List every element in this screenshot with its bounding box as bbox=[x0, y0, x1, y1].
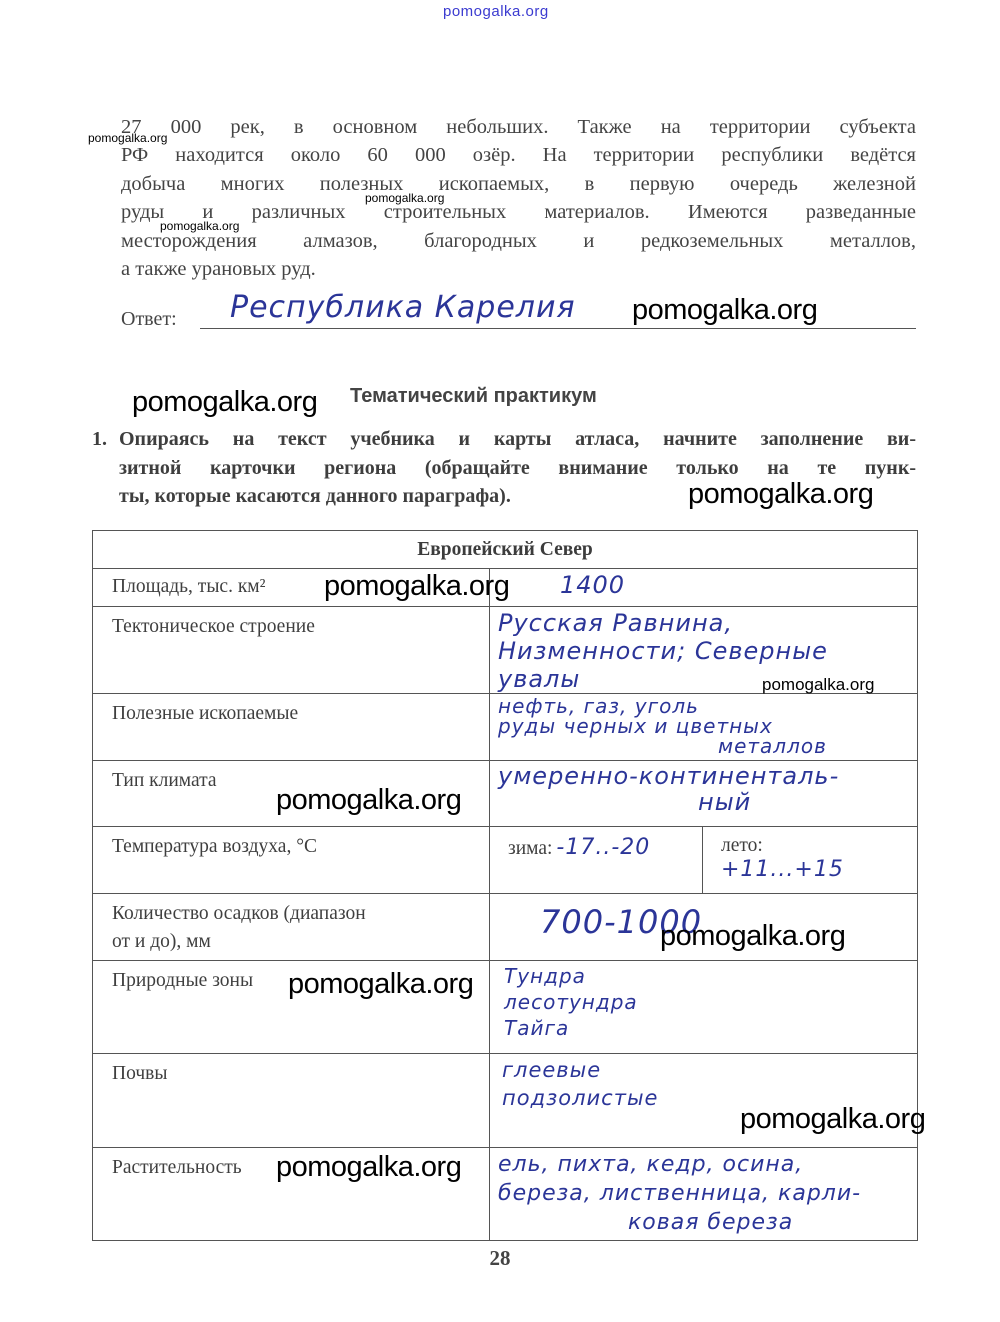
watermark: pomogalka.org bbox=[632, 296, 817, 325]
answer-line bbox=[200, 328, 916, 329]
row-label-precipitation: Количество осадков (диапазон от и до), м… bbox=[93, 894, 489, 956]
paragraph-line: 27 000 рек, в основном небольших. Также … bbox=[121, 113, 916, 141]
row-value-minerals[interactable]: нефть, газ, уголь руды черных и цветных … bbox=[490, 694, 917, 756]
value-line: Русская Равнина, bbox=[498, 609, 917, 637]
table-row: Тип климата умеренно-континенталь- ный bbox=[93, 761, 918, 827]
paragraph-line: добыча многих полезных ископаемых, в пер… bbox=[121, 170, 916, 198]
value-line: ковая береза bbox=[498, 1208, 917, 1237]
value-line: руды черных и цветных bbox=[498, 716, 917, 736]
task-line: Опираясь на текст учебника и карты атлас… bbox=[119, 425, 916, 454]
row-value-vegetation[interactable]: ель, пихта, кедр, осина, береза, листвен… bbox=[490, 1148, 917, 1237]
paragraph-line: РФ находится около 60 000 озёр. На терри… bbox=[121, 141, 916, 169]
answer-label: Ответ: bbox=[121, 308, 177, 331]
row-label-soils: Почвы bbox=[93, 1054, 489, 1088]
table-row: Полезные ископаемые нефть, газ, уголь ру… bbox=[93, 694, 918, 761]
watermark: pomogalka.org bbox=[324, 572, 509, 601]
summer-value[interactable]: +11...+15 bbox=[721, 857, 917, 882]
section-title: Тематический практикум bbox=[350, 385, 597, 408]
label-line: Количество осадков (диапазон bbox=[112, 900, 489, 928]
row-label-tectonics: Тектоническое строение bbox=[93, 607, 489, 641]
summer-label: лето: bbox=[721, 835, 917, 857]
row-label-temperature: Температура воздуха, °С bbox=[93, 827, 489, 861]
table-title: Европейский Север bbox=[93, 531, 918, 569]
temperature-summer: лето: +11...+15 bbox=[703, 827, 917, 893]
winter-label: зима: bbox=[508, 838, 552, 859]
value-line: Тайга bbox=[504, 1015, 917, 1041]
winter-value[interactable]: -17..-20 bbox=[556, 835, 650, 860]
value-line: ный bbox=[498, 789, 917, 815]
watermark: pomogalka.org bbox=[160, 220, 239, 232]
value-line: нефть, газ, уголь bbox=[498, 696, 917, 716]
watermark: pomogalka.org bbox=[365, 192, 444, 204]
row-value-area[interactable]: 1400 bbox=[490, 569, 917, 599]
row-label-minerals: Полезные ископаемые bbox=[93, 694, 489, 728]
watermark: pomogalka.org bbox=[276, 1153, 461, 1182]
table-row: Природные зоны Тундра лесотундра Тайга bbox=[93, 961, 918, 1054]
label-line: от и до), мм bbox=[112, 928, 489, 956]
temperature-winter: зима: -17..-20 bbox=[490, 827, 703, 893]
value-line: Тундра bbox=[504, 963, 917, 989]
value-line: ель, пихта, кедр, осина, bbox=[498, 1150, 917, 1179]
row-value-zones[interactable]: Тундра лесотундра Тайга bbox=[490, 961, 917, 1041]
watermark: pomogalka.org bbox=[660, 922, 845, 951]
table-row: Растительность ель, пихта, кедр, осина, … bbox=[93, 1148, 918, 1241]
page-number: 28 bbox=[0, 1246, 1000, 1271]
temperature-cells: зима: -17..-20 лето: +11...+15 bbox=[490, 827, 917, 893]
watermark: pomogalka.org bbox=[740, 1105, 925, 1134]
watermark: pomogalka.org bbox=[688, 480, 873, 509]
value-line: лесотундра bbox=[504, 989, 917, 1015]
body-paragraph: 27 000 рек, в основном небольших. Также … bbox=[121, 113, 916, 283]
watermark-top: pomogalka.org bbox=[443, 3, 549, 20]
task-number: 1. bbox=[92, 425, 107, 454]
value-line: глеевые bbox=[502, 1056, 917, 1084]
paragraph-line: месторождения алмазов, благородных и ред… bbox=[121, 227, 916, 255]
watermark: pomogalka.org bbox=[762, 676, 874, 693]
answer-value[interactable]: Республика Карелия bbox=[230, 290, 576, 325]
watermark: pomogalka.org bbox=[88, 132, 167, 144]
watermark: pomogalka.org bbox=[276, 786, 461, 815]
watermark: pomogalka.org bbox=[132, 388, 317, 417]
value-line: умеренно-континенталь- bbox=[498, 763, 917, 789]
value-line: металлов bbox=[498, 736, 917, 756]
paragraph-line: руды и различных строительных материалов… bbox=[121, 198, 916, 226]
paragraph-line: а также урановых руд. bbox=[121, 255, 916, 283]
watermark: pomogalka.org bbox=[288, 970, 473, 999]
row-value-climate[interactable]: умеренно-континенталь- ный bbox=[490, 761, 917, 815]
table-row: Температура воздуха, °С зима: -17..-20 л… bbox=[93, 827, 918, 894]
value-line: береза, лиственница, карли- bbox=[498, 1179, 917, 1208]
